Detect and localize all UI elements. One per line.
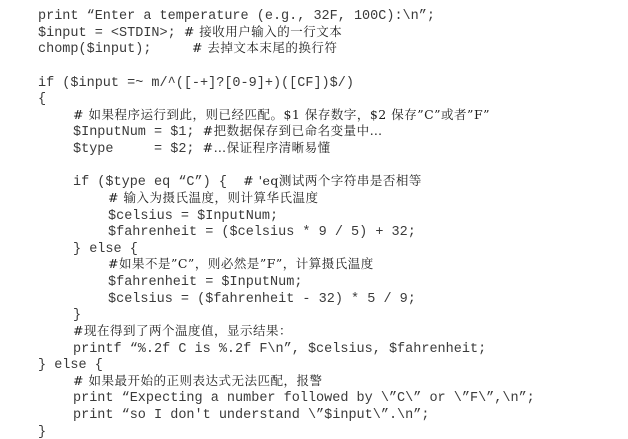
code-text: $type = $2; (73, 142, 203, 157)
code-line-11: if ($type eq “C”) { # 'eq测试两个字符串是否相等 (38, 173, 535, 190)
code-line-10 (38, 157, 535, 174)
code-line-3: chomp($input); # 去掉文本末尾的换行符 (38, 40, 535, 57)
code-line-20: #现在得到了两个温度值，显示结果： (38, 323, 535, 340)
code-line-18: $celsius = ($fahrenheit - 32) * 5 / 9; (38, 290, 535, 307)
code-text: $fahrenheit = ($celsius * 9 / 5) + 32; (108, 225, 416, 240)
code-line-2: $input = <STDIN>; # 接收用户输入的一行文本 (38, 24, 535, 41)
code-line-14: $fahrenheit = ($celsius * 9 / 5) + 32; (38, 223, 535, 240)
comment-text: #…保证程序清晰易懂 (203, 140, 331, 155)
code-line-24: print “Expecting a number followed by \”… (38, 389, 535, 406)
code-text: $celsius = $InputNum; (108, 209, 278, 224)
comment-text: # 如果最开始的正则表达式无法匹配，报警 (73, 373, 322, 388)
code-text: } (38, 425, 46, 439)
code-line-16: #如果不是”C”，则必然是”F”，计算摄氏温度 (38, 256, 535, 273)
code-line-26: } (38, 423, 535, 439)
code-text: $celsius = ($fahrenheit - 32) * 5 / 9; (108, 292, 416, 307)
comment-text: #把数据保存到已命名变量中… (203, 123, 383, 138)
code-line-1: print “Enter a temperature (e.g., 32F, 1… (38, 7, 535, 24)
code-text: print “Enter a temperature (e.g., 32F, 1… (38, 9, 435, 24)
code-line-12: # 输入为摄氏温度，则计算华氏温度 (38, 190, 535, 207)
code-line-15: } else { (38, 240, 535, 257)
code-text: print “Expecting a number followed by \”… (73, 391, 535, 406)
code-line-4 (38, 57, 535, 74)
code-line-13: $celsius = $InputNum; (38, 207, 535, 224)
code-text: } else { (73, 242, 138, 257)
code-line-25: print “so I don't understand \”$input\”.… (38, 406, 535, 423)
comment-text: # 去掉文本末尾的换行符 (192, 40, 337, 55)
code-line-7: # 如果程序运行到此，则已经匹配。$1 保存数字，$2 保存”C”或者”F” (38, 107, 535, 124)
comment-text: #如果不是”C”，则必然是”F”，计算摄氏温度 (108, 256, 374, 271)
comment-text: # 接收用户输入的一行文本 (184, 24, 342, 39)
comment-text: # 如果程序运行到此，则已经匹配。$1 保存数字，$2 保存”C”或者”F” (73, 107, 490, 122)
comment-text: # 输入为摄氏温度，则计算华氏温度 (108, 190, 318, 205)
code-line-17: $fahrenheit = $InputNum; (38, 273, 535, 290)
code-line-21: printf “%.2f C is %.2f F\n”, $celsius, $… (38, 340, 535, 357)
code-text: { (38, 92, 46, 107)
code-line-8: $InputNum = $1; #把数据保存到已命名变量中… (38, 123, 535, 140)
code-line-19: } (38, 306, 535, 323)
code-line-9: $type = $2; #…保证程序清晰易懂 (38, 140, 535, 157)
code-text: if ($input =~ m/^([-+]?[0-9]+)([CF])$/) (38, 76, 354, 91)
code-text: $fahrenheit = $InputNum; (108, 275, 302, 290)
code-line-6: { (38, 90, 535, 107)
code-text: $InputNum = $1; (73, 125, 203, 140)
code-text: $input = <STDIN>; (38, 26, 184, 41)
code-text: } else { (38, 358, 103, 373)
code-text: print “so I don't understand \”$input\”.… (73, 408, 429, 423)
code-listing: print “Enter a temperature (e.g., 32F, 1… (38, 7, 535, 439)
code-line-22: } else { (38, 356, 535, 373)
code-text: if ($type eq “C”) { (73, 175, 243, 190)
code-line-5: if ($input =~ m/^([-+]?[0-9]+)([CF])$/) (38, 74, 535, 91)
code-text: chomp($input); (38, 42, 192, 57)
code-text: printf “%.2f C is %.2f F\n”, $celsius, $… (73, 342, 486, 357)
code-line-23: # 如果最开始的正则表达式无法匹配，报警 (38, 373, 535, 390)
comment-text: # 'eq测试两个字符串是否相等 (243, 173, 422, 188)
code-text: } (73, 308, 81, 323)
comment-text: #现在得到了两个温度值，显示结果： (73, 323, 292, 338)
